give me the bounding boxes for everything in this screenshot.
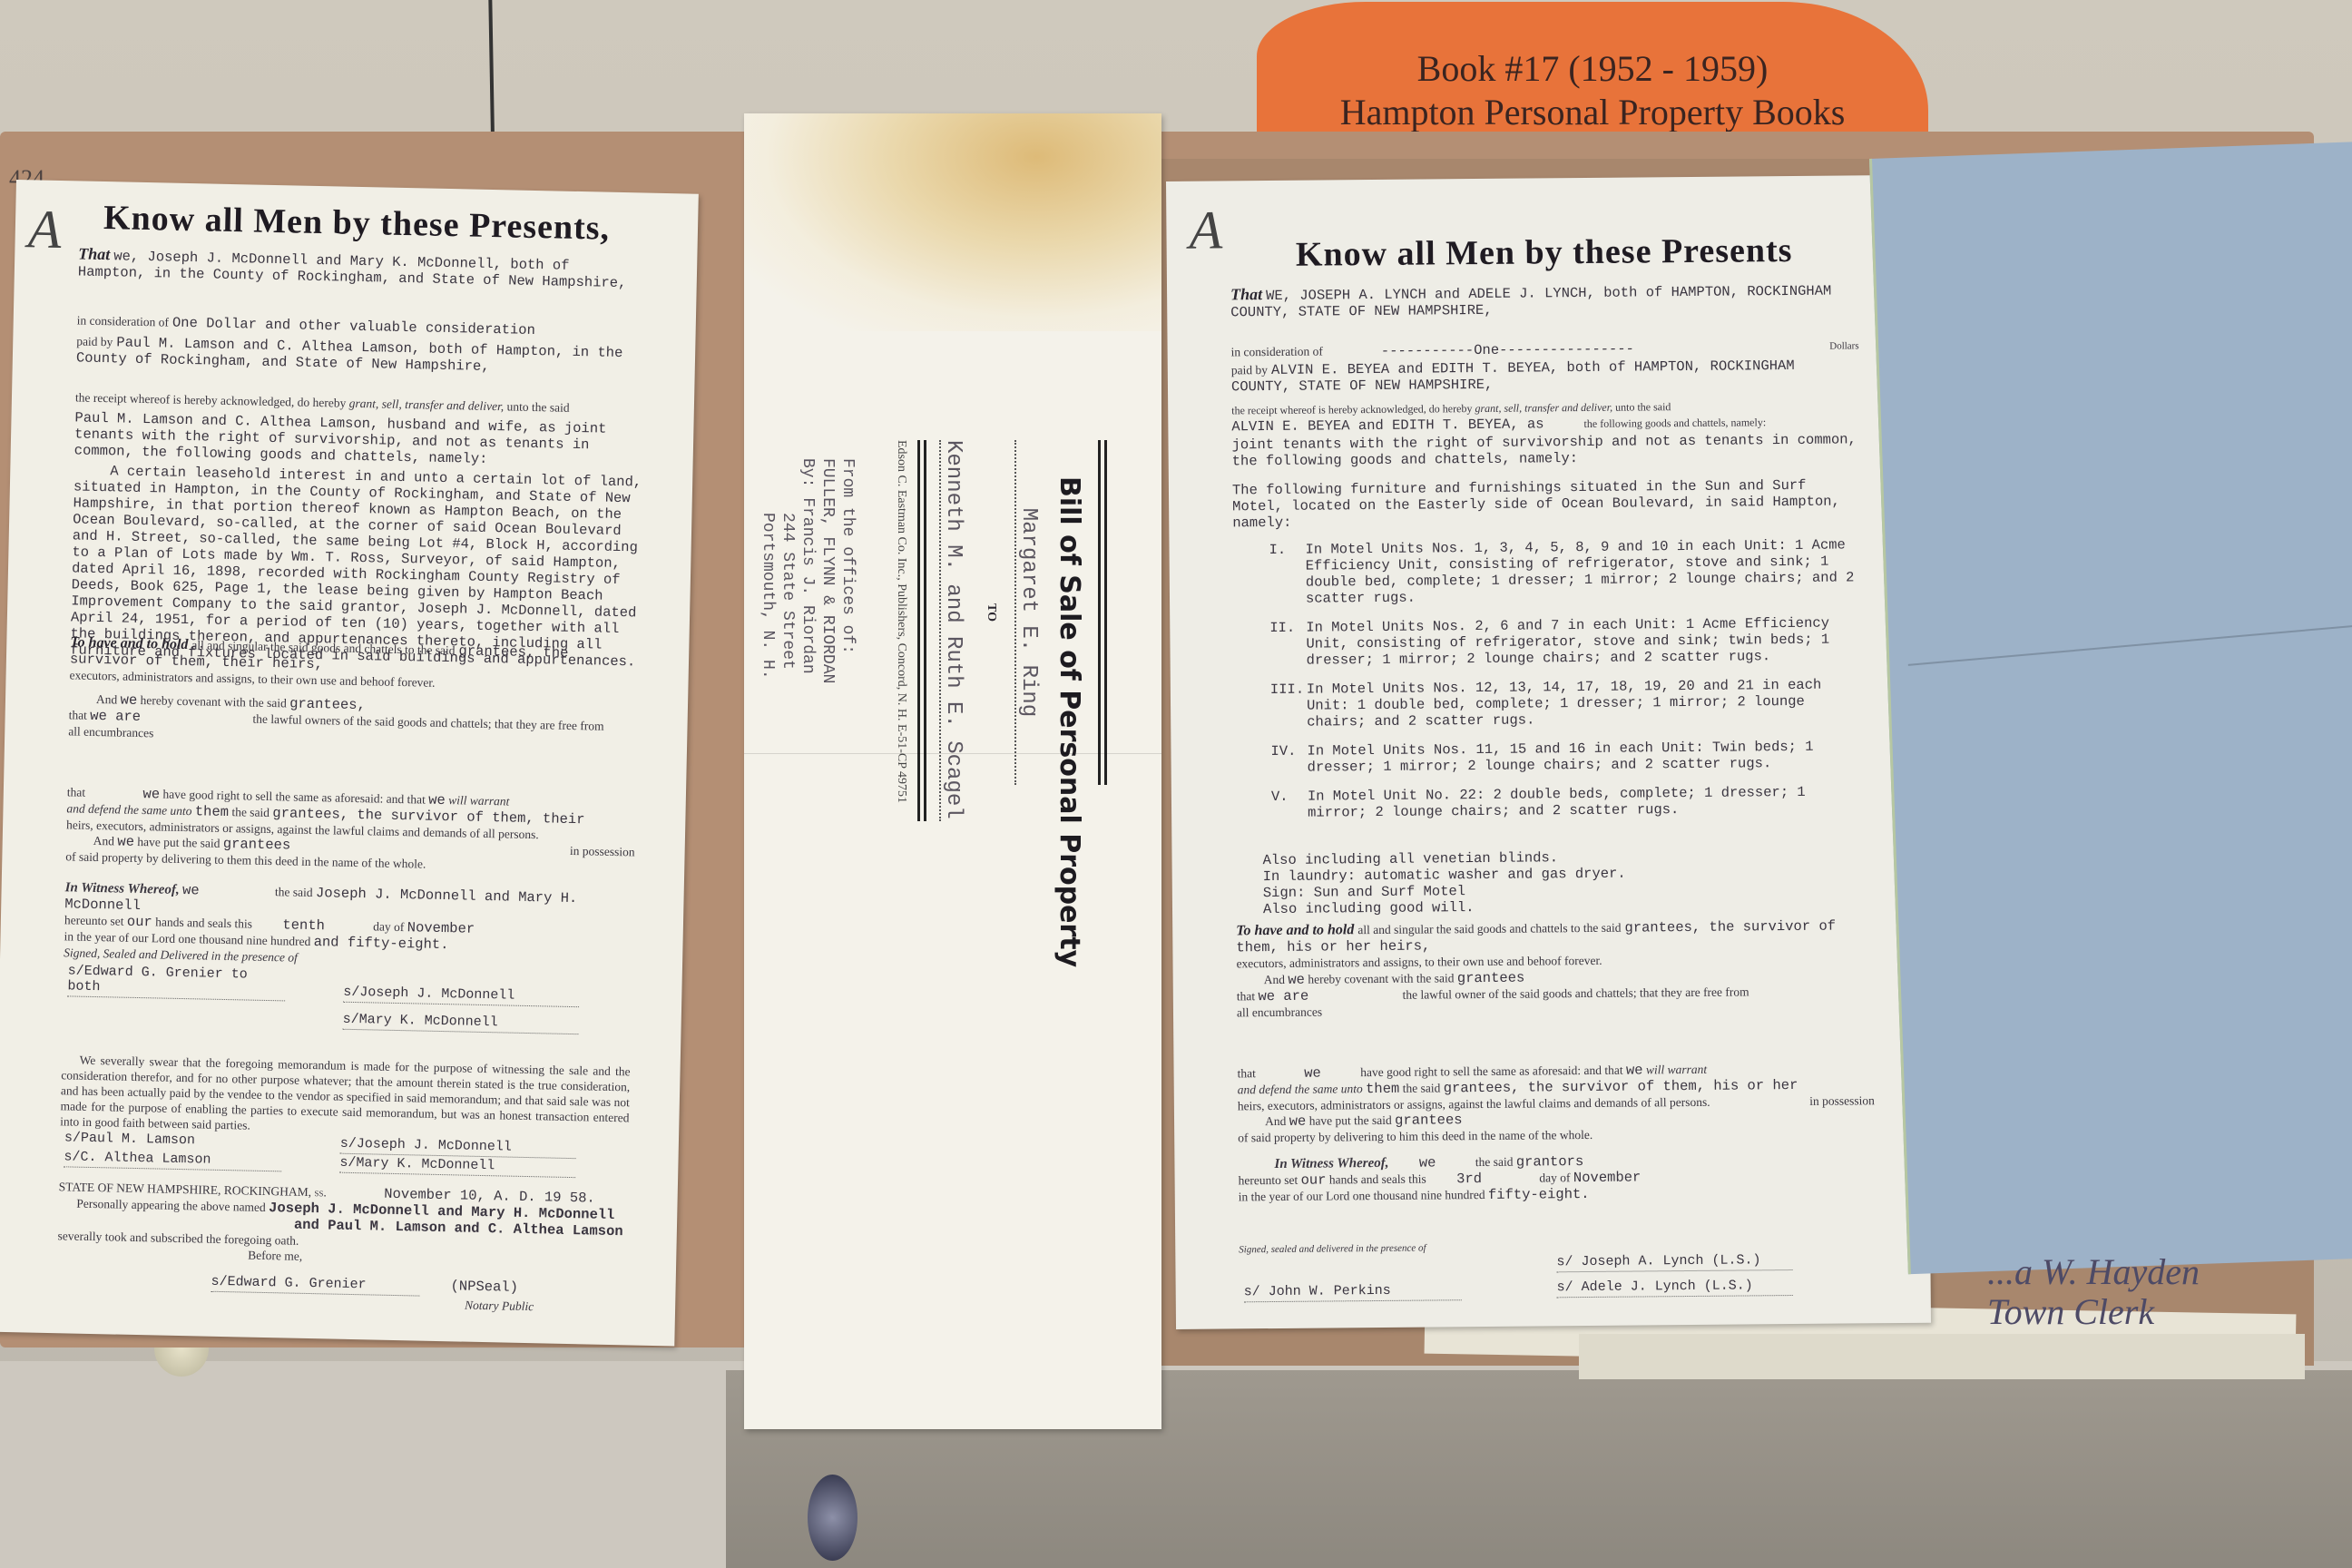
buyer-names: Kenneth M. and Ruth E. Scagel bbox=[939, 440, 965, 821]
paid-by-line: paid by ALVIN E. BEYEA and EDITH T. BEYE… bbox=[1231, 357, 1859, 395]
warranty-clause: that we have good right to sell the same… bbox=[65, 784, 636, 876]
grantor-signature: s/ Joseph A. Lynch (L.S.) bbox=[1556, 1252, 1792, 1272]
witness-clause: In Witness Whereof, we the said grantors… bbox=[1238, 1151, 1875, 1205]
deed-heading: Know all Men by these Presents bbox=[1167, 230, 1922, 276]
notary-block: STATE OF NEW HAMPSHIRE, ROCKINGHAM, ss. … bbox=[57, 1179, 628, 1270]
deed-mcdonnell-to-lamson: A Know all Men by these Presents, That w… bbox=[0, 180, 699, 1346]
habendum-clause: To have and to hold all and singular the… bbox=[1236, 917, 1864, 971]
inventory-item: IV.In Motel Units Nos. 11, 15 and 16 in … bbox=[1270, 738, 1862, 776]
inventory-intro: The following furniture and furnishings … bbox=[1232, 476, 1860, 531]
blue-backing-sheet bbox=[1869, 142, 2352, 1274]
inventory-list: I.In Motel Units Nos. 1, 3, 4, 5, 8, 9 a… bbox=[1269, 536, 1863, 827]
seller-name: Margaret E. Ring bbox=[1014, 440, 1041, 785]
paper-stack bbox=[1579, 1334, 2305, 1379]
covenant-clause: And we hereby covenant with the said gra… bbox=[68, 691, 638, 750]
town-clerk-signature: ...a W. Hayden Town Clerk bbox=[1987, 1252, 2200, 1332]
grantors-paragraph: That WE, JOSEPH A. LYNCH and ADELE J. LY… bbox=[1230, 279, 1858, 320]
witness-signature-block: s/ John W. Perkins bbox=[1244, 1278, 1931, 1303]
notary-signature: s/Edward G. Grenier (NPSeal) Notary Publ… bbox=[211, 1273, 676, 1318]
bill-cover-rotated: Bill of Sale of Personal Property Margar… bbox=[758, 440, 1107, 967]
inventory-item: I.In Motel Units Nos. 1, 3, 4, 5, 8, 9 a… bbox=[1269, 536, 1861, 607]
oath-paragraph: We severally swear that the foregoing me… bbox=[60, 1052, 631, 1141]
inventory-item: V.In Motel Unit No. 22: 2 double beds, c… bbox=[1271, 783, 1863, 821]
to-label: TO bbox=[984, 440, 998, 785]
signature-block: s/Edward G. Grenier to both s/Joseph J. … bbox=[67, 963, 682, 1036]
witness-signature: s/ John W. Perkins bbox=[1244, 1282, 1462, 1302]
paid-by-line: paid by Paul M. Lamson and C. Althea Lam… bbox=[76, 333, 642, 377]
book-label-subtitle: Hampton Personal Property Books bbox=[1340, 91, 1846, 134]
drawer-knob bbox=[808, 1475, 857, 1561]
deed-lynch-to-beyea: A Know all Men by these Presents That WE… bbox=[1166, 175, 1931, 1329]
inventory-item: II.In Motel Units Nos. 2, 6 and 7 in eac… bbox=[1269, 614, 1861, 669]
warranty-clause: that we have good right to sell the same… bbox=[1238, 1060, 1876, 1145]
bill-title: Bill of Sale of Personal Property bbox=[1053, 476, 1085, 967]
grantors-paragraph: That we, Joseph J. McDonnell and Mary K.… bbox=[78, 244, 643, 291]
deed-heading: Know all Men by these Presents, bbox=[15, 196, 699, 250]
witness-signature: s/Edward G. Grenier to both bbox=[67, 963, 286, 1001]
water-stain bbox=[744, 113, 1161, 331]
publisher-imprint: Edson C. Eastman Co. Inc., Publishers, C… bbox=[894, 440, 908, 967]
fold-line bbox=[744, 753, 1161, 754]
law-office-stamp: From the offices of: FULLER, FLYNN & RIO… bbox=[758, 458, 857, 967]
fold-crease bbox=[1908, 624, 2352, 666]
grantees-clause: joint tenants with the right of survivor… bbox=[1231, 431, 1859, 469]
witness-clause: In Witness Whereof, we the said Joseph J… bbox=[64, 879, 634, 972]
grantor-signature: s/Mary K. McDonnell bbox=[342, 1012, 578, 1034]
inventory-item: III.In Motel Units Nos. 12, 13, 14, 17, … bbox=[1270, 676, 1862, 730]
covenant-clause: And we hereby covenant with the said gra… bbox=[1237, 966, 1865, 1020]
grantor-signature: s/Joseph J. McDonnell bbox=[343, 985, 579, 1007]
bill-of-sale-cover: Bill of Sale of Personal Property Margar… bbox=[744, 113, 1161, 1429]
grantees-clause: Paul M. Lamson and C. Althea Lamson, hus… bbox=[74, 409, 640, 470]
inventory-extras: Also including all venetian blinds. In l… bbox=[1262, 847, 1864, 917]
book-label-title: Book #17 (1952 - 1959) bbox=[1417, 47, 1769, 91]
